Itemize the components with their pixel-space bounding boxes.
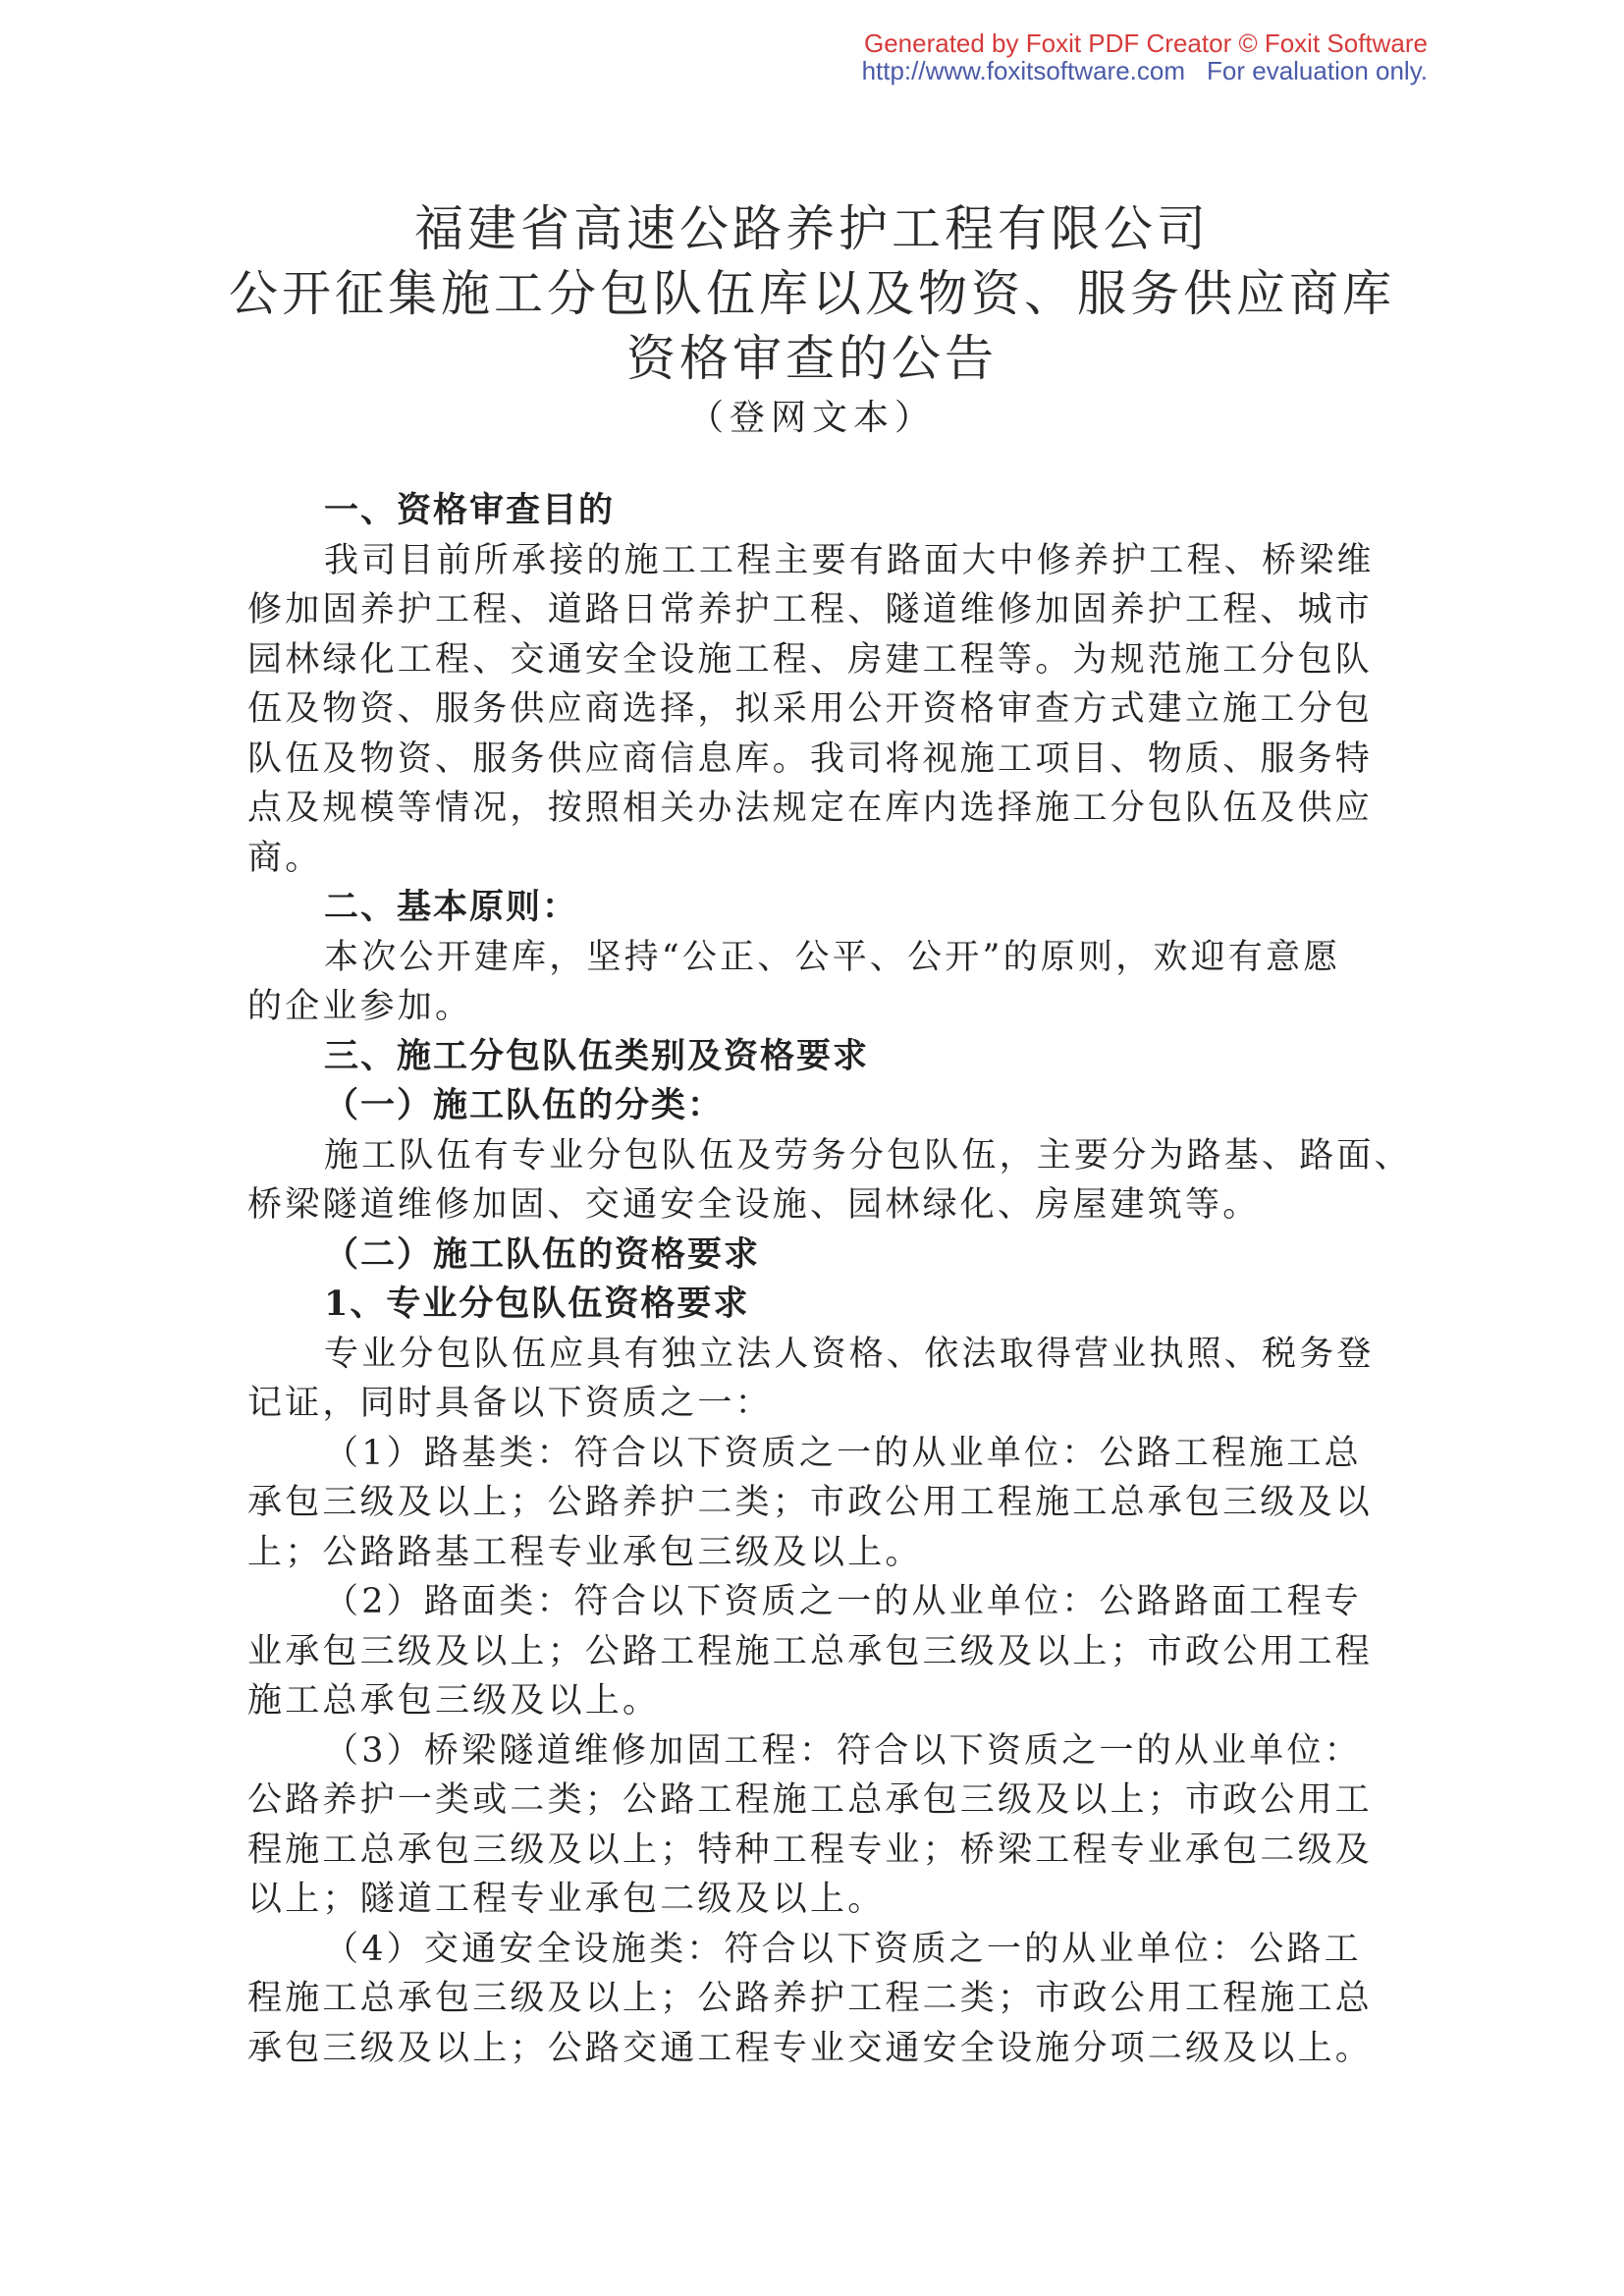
section-heading-categories: 三、施工分包队伍类别及资格要求	[247, 1032, 1386, 1082]
title-notice: 资格审查的公告	[0, 326, 1624, 391]
text-line: （4）交通安全设施类：符合以下资质之一的从业单位：公路工	[247, 1925, 1386, 1975]
text-line: 点及规模等情况，按照相关办法规定在库内选择施工分包队伍及供应	[247, 784, 1386, 834]
text-line: 程施工总承包三级及以上；公路养护工程二类；市政公用工程施工总	[247, 1974, 1386, 2024]
text-line: 程施工总承包三级及以上；特种工程专业；桥梁工程专业承包二级及	[247, 1826, 1386, 1876]
title-subject: 公开征集施工分包队伍库以及物资、服务供应商库	[0, 261, 1624, 326]
document-title: 福建省高速公路养护工程有限公司 公开征集施工分包队伍库以及物资、服务供应商库 资…	[0, 196, 1624, 446]
paragraph-purpose: 我司目前所承接的施工工程主要有路面大中修养护工程、桥梁维 修加固养护工程、道路日…	[247, 536, 1386, 884]
text-line: 公路养护一类或二类；公路工程施工总承包三级及以上；市政公用工	[247, 1776, 1386, 1826]
section-heading-purpose: 一、资格审查目的	[247, 486, 1386, 536]
text-line: 承包三级及以上；公路交通工程专业交通安全设施分项二级及以上。	[247, 2024, 1386, 2074]
text-line: 队伍及物资、服务供应商信息库。我司将视施工项目、物质、服务特	[247, 735, 1386, 785]
subsection-heading-qualifications: （二）施工队伍的资格要求	[247, 1230, 1386, 1281]
text-line: 上；公路路基工程专业承包三级及以上。	[247, 1528, 1386, 1578]
text-line: 园林绿化工程、交通安全设施工程、房建工程等。为规范施工分包队	[247, 635, 1386, 685]
text-line: 伍及物资、服务供应商选择，拟采用公开资格审查方式建立施工分包	[247, 684, 1386, 735]
title-company: 福建省高速公路养护工程有限公司	[0, 196, 1624, 261]
requirement-roadbed: （1）路基类：符合以下资质之一的从业单位：公路工程施工总 承包三级及以上；公路养…	[247, 1429, 1386, 1578]
watermark-url-line: http://www.foxitsoftware.comFor evaluati…	[799, 57, 1428, 84]
item-heading-professional-subcontract: 1、专业分包队伍资格要求	[247, 1280, 1386, 1330]
text-line: 施工总承包三级及以上。	[247, 1676, 1386, 1726]
text-line: （3）桥梁隧道维修加固工程：符合以下资质之一的从业单位：	[247, 1726, 1386, 1777]
watermark-evaluation: For evaluation only.	[1207, 56, 1428, 85]
text-line: （2）路面类：符合以下资质之一的从业单位：公路路面工程专	[247, 1577, 1386, 1627]
requirement-traffic-safety: （4）交通安全设施类：符合以下资质之一的从业单位：公路工 程施工总承包三级及以上…	[247, 1925, 1386, 2074]
subsection-heading-classification: （一）施工队伍的分类：	[247, 1081, 1386, 1131]
requirement-pavement: （2）路面类：符合以下资质之一的从业单位：公路路面工程专 业承包三级及以上；公路…	[247, 1577, 1386, 1726]
text-line: 桥梁隧道维修加固、交通安全设施、园林绿化、房屋建筑等。	[247, 1180, 1386, 1230]
document-body: 一、资格审查目的 我司目前所承接的施工工程主要有路面大中修养护工程、桥梁维 修加…	[247, 486, 1386, 2073]
text-line: 施工队伍有专业分包队伍及劳务分包队伍，主要分为路基、路面、	[247, 1131, 1386, 1181]
watermark-generated-by: Generated by Foxit PDF Creator © Foxit S…	[799, 29, 1428, 57]
text-line: 我司目前所承接的施工工程主要有路面大中修养护工程、桥梁维	[247, 536, 1386, 586]
requirement-bridge-tunnel: （3）桥梁隧道维修加固工程：符合以下资质之一的从业单位： 公路养护一类或二类；公…	[247, 1726, 1386, 1925]
title-subtitle: （登网文本）	[0, 391, 1624, 446]
text-line: 专业分包队伍应具有独立法人资格、依法取得营业执照、税务登	[247, 1330, 1386, 1380]
text-line: 本次公开建库，坚持“公正、公平、公开”的原则，欢迎有意愿	[247, 933, 1386, 983]
paragraph-classification: 施工队伍有专业分包队伍及劳务分包队伍，主要分为路基、路面、 桥梁隧道维修加固、交…	[247, 1131, 1386, 1230]
text-line: 的企业参加。	[247, 982, 1386, 1032]
paragraph-principles: 本次公开建库，坚持“公正、公平、公开”的原则，欢迎有意愿 的企业参加。	[247, 933, 1386, 1032]
text-line: 记证，同时具备以下资质之一：	[247, 1379, 1386, 1429]
text-line: 以上；隧道工程专业承包二级及以上。	[247, 1875, 1386, 1925]
text-line: 业承包三级及以上；公路工程施工总承包三级及以上；市政公用工程	[247, 1627, 1386, 1677]
paragraph-professional-subcontract: 专业分包队伍应具有独立法人资格、依法取得营业执照、税务登 记证，同时具备以下资质…	[247, 1330, 1386, 1429]
text-line: 修加固养护工程、道路日常养护工程、隧道维修加固养护工程、城市	[247, 585, 1386, 635]
watermark-url: http://www.foxitsoftware.com	[862, 56, 1185, 85]
text-line: 承包三级及以上；公路养护二类；市政公用工程施工总承包三级及以	[247, 1478, 1386, 1528]
section-heading-principles: 二、基本原则：	[247, 883, 1386, 933]
text-line: 商。	[247, 834, 1386, 884]
text-line: （1）路基类：符合以下资质之一的从业单位：公路工程施工总	[247, 1429, 1386, 1479]
foxit-watermark: Generated by Foxit PDF Creator © Foxit S…	[799, 29, 1428, 84]
